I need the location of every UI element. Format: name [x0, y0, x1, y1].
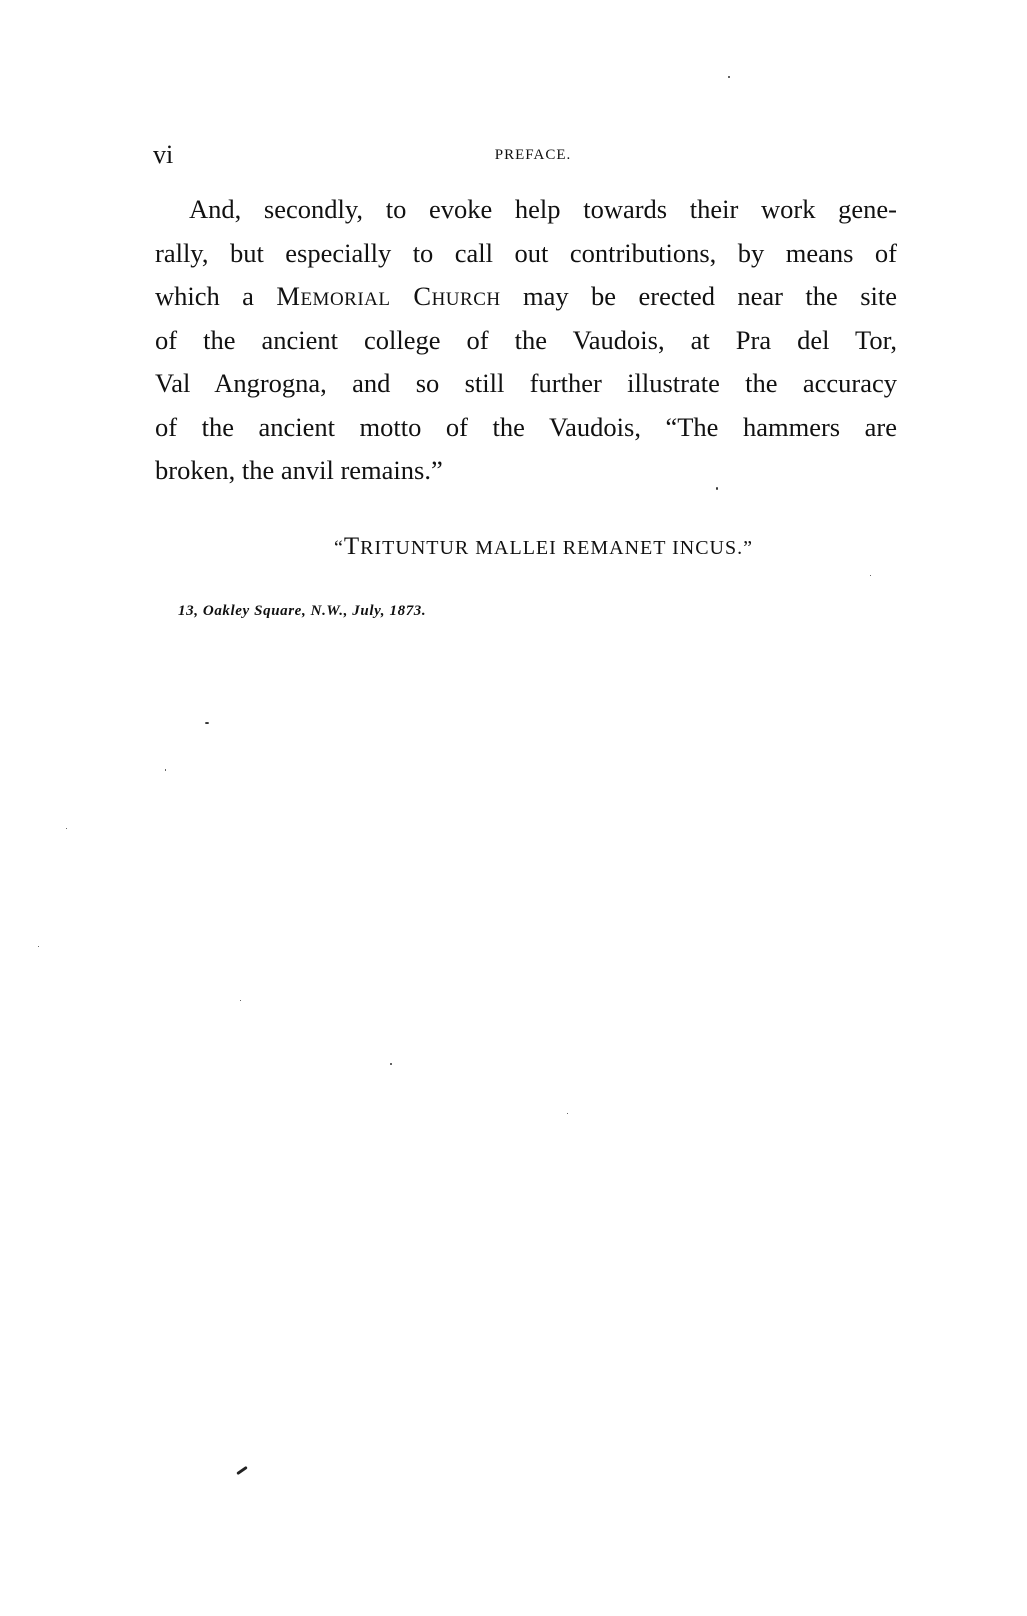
motto-close-quote: ” — [743, 537, 753, 559]
scan-speck — [870, 575, 871, 576]
scan-speck — [38, 946, 39, 947]
scan-speck — [205, 722, 209, 724]
scan-mark — [236, 1466, 248, 1475]
motto-open-quote: “ — [334, 537, 344, 559]
running-title: PREFACE. — [153, 144, 913, 166]
motto-text: RITUNTUR MALLEI REMANET INCUS. — [360, 537, 743, 559]
scan-speck — [716, 487, 718, 490]
motto-initial: T — [344, 533, 360, 560]
paragraph-line: of the ancient motto of the Vaudois, “Th… — [155, 406, 897, 450]
scan-speck — [390, 1063, 392, 1065]
paragraph-line: Val Angrogna, and so still further illus… — [155, 362, 897, 406]
address-date-signature: 13, Oakley Square, N.W., July, 1873. — [178, 603, 426, 620]
paragraph-line: broken, the anvil remains.” — [155, 449, 897, 493]
memorial-church-smallcaps: Memorial Church — [276, 281, 500, 311]
running-head: vi PREFACE. — [153, 140, 913, 170]
text-fragment: may be erected near the site — [523, 281, 897, 311]
paragraph-line: rally, but especially to call out contri… — [155, 232, 897, 276]
paragraph-line: And, secondly, to evoke help towards the… — [155, 188, 897, 232]
paragraph-line: of the ancient college of the Vaudois, a… — [155, 319, 897, 363]
scan-speck — [165, 769, 166, 771]
paragraph-line: which a Memorial Church may be erected n… — [155, 275, 897, 319]
scan-speck — [728, 76, 730, 78]
scan-speck — [567, 1113, 568, 1114]
preface-paragraph: And, secondly, to evoke help towards the… — [155, 188, 897, 493]
text-fragment: which a — [155, 281, 254, 311]
scan-speck — [240, 1000, 241, 1001]
scan-speck — [66, 828, 67, 829]
latin-motto: “TRITUNTUR MALLEI REMANET INCUS.” — [0, 533, 1027, 561]
book-page: vi PREFACE. And, secondly, to evoke help… — [0, 0, 1027, 1616]
